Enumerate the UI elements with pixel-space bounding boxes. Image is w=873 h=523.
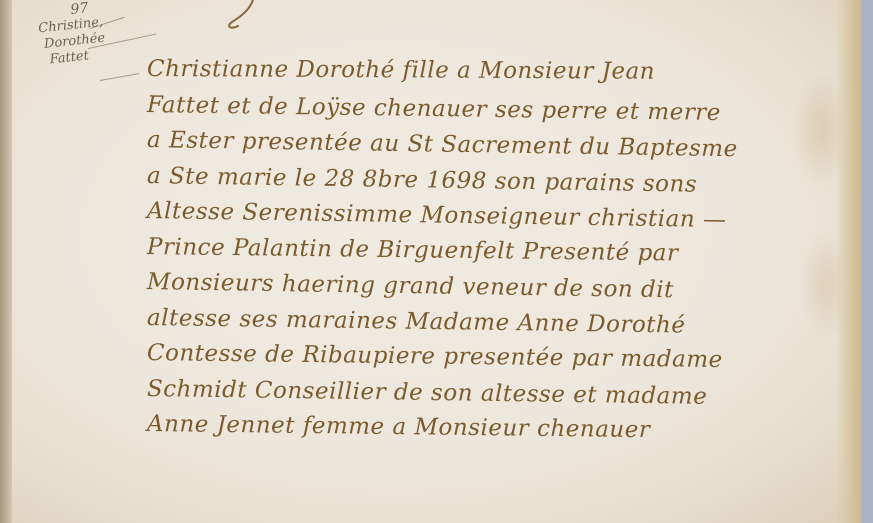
scan-backdrop: [862, 0, 873, 523]
handwritten-line: Christianne Dorothé fille a Monsieur Jea…: [147, 52, 867, 91]
record-body: Christianne Dorothé fille a Monsieur Jea…: [147, 52, 867, 443]
margin-annotation: 97 Christine, Dorothée Fattet: [32, 0, 148, 70]
handwritten-line: Anne Jennet femme a Monsieur chenauer: [147, 407, 867, 451]
ink-flourish-icon: [224, 0, 264, 34]
margin-rule-line: [100, 73, 140, 81]
manuscript-page: 97 Christine, Dorothée Fattet Christiann…: [12, 0, 862, 523]
